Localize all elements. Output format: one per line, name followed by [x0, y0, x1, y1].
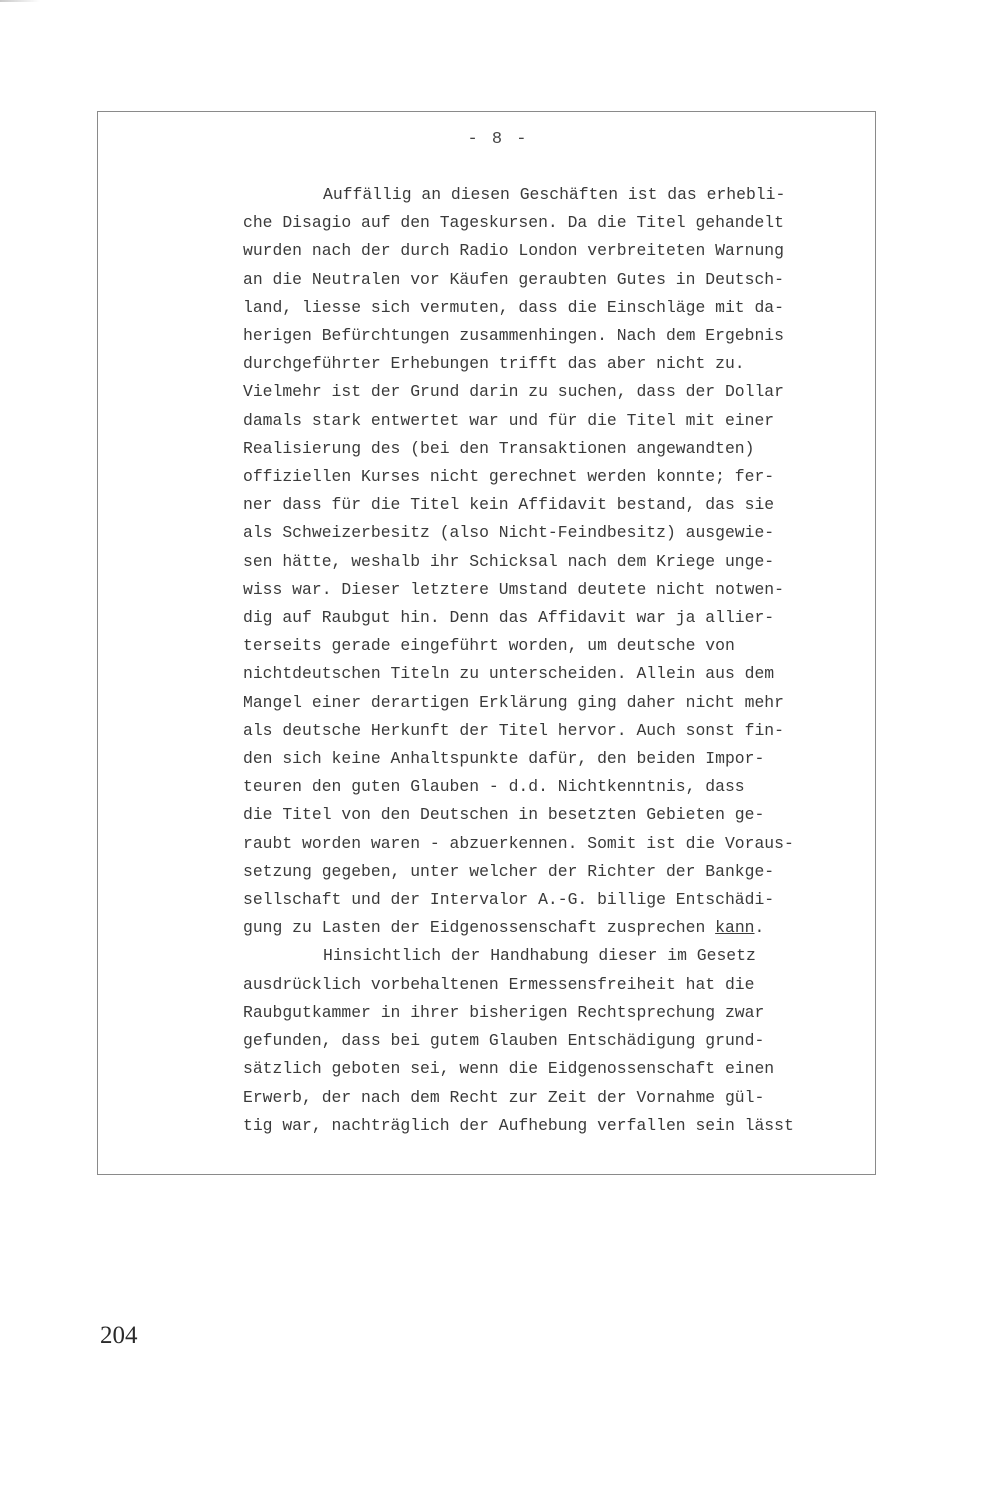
text-line: ner dass für die Titel kein Affidavit be…	[243, 491, 843, 519]
text-line-content: offiziellen Kurses nicht gerechnet werde…	[243, 467, 774, 486]
text-line: dig auf Raubgut hin. Denn das Affidavit …	[243, 604, 843, 632]
text-line: Auffällig an diesen Geschäften ist das e…	[243, 181, 843, 209]
underlined-word: kann	[715, 918, 754, 937]
text-line: Mangel einer derartigen Erklärung ging d…	[243, 689, 843, 717]
text-line: sen hätte, weshalb ihr Schicksal nach de…	[243, 548, 843, 576]
text-line-content: als Schweizerbesitz (also Nicht-Feindbes…	[243, 523, 774, 542]
text-line: Vielmehr ist der Grund darin zu suchen, …	[243, 378, 843, 406]
text-line-content: ausdrücklich vorbehaltenen Ermessensfrei…	[243, 975, 754, 994]
text-line: nichtdeutschen Titeln zu unterscheiden. …	[243, 660, 843, 688]
text-line: Hinsichtlich der Handhabung dieser im Ge…	[243, 942, 843, 970]
text-line-content: gefunden, dass bei gutem Glauben Entschä…	[243, 1031, 764, 1050]
text-line: offiziellen Kurses nicht gerechnet werde…	[243, 463, 843, 491]
typescript-page-number: - 8 -	[0, 130, 996, 149]
text-line-content: Vielmehr ist der Grund darin zu suchen, …	[243, 382, 784, 401]
text-line: an die Neutralen vor Käufen geraubten Gu…	[243, 266, 843, 294]
text-line: den sich keine Anhaltspunkte dafür, den …	[243, 745, 843, 773]
text-line-content: an die Neutralen vor Käufen geraubten Gu…	[243, 270, 784, 289]
text-line: durchgeführter Erhebungen trifft das abe…	[243, 350, 843, 378]
text-line-content: tig war, nachträglich der Aufhebung verf…	[243, 1116, 794, 1135]
text-line-content: gung zu Lasten der Eidgenossenschaft zus…	[243, 918, 715, 937]
text-line: herigen Befürchtungen zusammenhingen. Na…	[243, 322, 843, 350]
scan-edge-shadow	[0, 0, 40, 2]
text-line: Erwerb, der nach dem Recht zur Zeit der …	[243, 1084, 843, 1112]
text-line: sellschaft und der Intervalor A.-G. bill…	[243, 886, 843, 914]
text-line-content: als deutsche Herkunft der Titel hervor. …	[243, 721, 784, 740]
text-line: land, liesse sich vermuten, dass die Ein…	[243, 294, 843, 322]
text-line-content: damals stark entwertet war und für die T…	[243, 411, 774, 430]
text-line-content: dig auf Raubgut hin. Denn das Affidavit …	[243, 608, 774, 627]
text-line: Raubgutkammer in ihrer bisherigen Rechts…	[243, 999, 843, 1027]
text-line: sätzlich geboten sei, wenn die Eidgenoss…	[243, 1055, 843, 1083]
text-line: wurden nach der durch Radio London verbr…	[243, 237, 843, 265]
text-line: setzung gegeben, unter welcher der Richt…	[243, 858, 843, 886]
text-line: teuren den guten Glauben - d.d. Nichtken…	[243, 773, 843, 801]
text-line-content: durchgeführter Erhebungen trifft das abe…	[243, 354, 745, 373]
text-line: raubt worden waren - abzuerkennen. Somit…	[243, 830, 843, 858]
text-line: wiss war. Dieser letztere Umstand deutet…	[243, 576, 843, 604]
text-line-content: Auffällig an diesen Geschäften ist das e…	[323, 185, 785, 204]
text-line: als Schweizerbesitz (also Nicht-Feindbes…	[243, 519, 843, 547]
text-line-content: herigen Befürchtungen zusammenhingen. Na…	[243, 326, 784, 345]
text-line: che Disagio auf den Tageskursen. Da die …	[243, 209, 843, 237]
text-line-content: die Titel von den Deutschen in besetzten…	[243, 805, 764, 824]
text-line-content: sen hätte, weshalb ihr Schicksal nach de…	[243, 552, 774, 571]
text-line: ausdrücklich vorbehaltenen Ermessensfrei…	[243, 971, 843, 999]
text-line-content: Raubgutkammer in ihrer bisherigen Rechts…	[243, 1003, 764, 1022]
text-line: terseits gerade eingeführt worden, um de…	[243, 632, 843, 660]
text-line: gefunden, dass bei gutem Glauben Entschä…	[243, 1027, 843, 1055]
text-line-content: land, liesse sich vermuten, dass die Ein…	[243, 298, 784, 317]
text-line-content: nichtdeutschen Titeln zu unterscheiden. …	[243, 664, 774, 683]
text-line: als deutsche Herkunft der Titel hervor. …	[243, 717, 843, 745]
text-line-content: setzung gegeben, unter welcher der Richt…	[243, 862, 774, 881]
text-line: gung zu Lasten der Eidgenossenschaft zus…	[243, 914, 843, 942]
text-line: Realisierung des (bei den Transaktionen …	[243, 435, 843, 463]
text-line-content: wiss war. Dieser letztere Umstand deutet…	[243, 580, 784, 599]
text-line-content: Erwerb, der nach dem Recht zur Zeit der …	[243, 1088, 764, 1107]
text-line-content: den sich keine Anhaltspunkte dafür, den …	[243, 749, 764, 768]
text-line-content: Mangel einer derartigen Erklärung ging d…	[243, 693, 784, 712]
text-line-content: wurden nach der durch Radio London verbr…	[243, 241, 784, 260]
text-line: die Titel von den Deutschen in besetzten…	[243, 801, 843, 829]
text-line-content: Realisierung des (bei den Transaktionen …	[243, 439, 754, 458]
text-line-content: ner dass für die Titel kein Affidavit be…	[243, 495, 774, 514]
text-line-content: raubt worden waren - abzuerkennen. Somit…	[243, 834, 794, 853]
text-line-content: che Disagio auf den Tageskursen. Da die …	[243, 213, 784, 232]
text-line-content: sellschaft und der Intervalor A.-G. bill…	[243, 890, 774, 909]
text-line-content: sätzlich geboten sei, wenn die Eidgenoss…	[243, 1059, 774, 1078]
text-line-content: Hinsichtlich der Handhabung dieser im Ge…	[323, 946, 756, 965]
book-page-number: 204	[100, 1322, 138, 1350]
text-line-content: teuren den guten Glauben - d.d. Nichtken…	[243, 777, 745, 796]
text-line-content: terseits gerade eingeführt worden, um de…	[243, 636, 735, 655]
text-line: damals stark entwertet war und für die T…	[243, 407, 843, 435]
text-line: tig war, nachträglich der Aufhebung verf…	[243, 1112, 843, 1140]
trailing-punctuation: .	[755, 918, 765, 937]
typescript-body: Auffällig an diesen Geschäften ist das e…	[243, 181, 843, 1140]
